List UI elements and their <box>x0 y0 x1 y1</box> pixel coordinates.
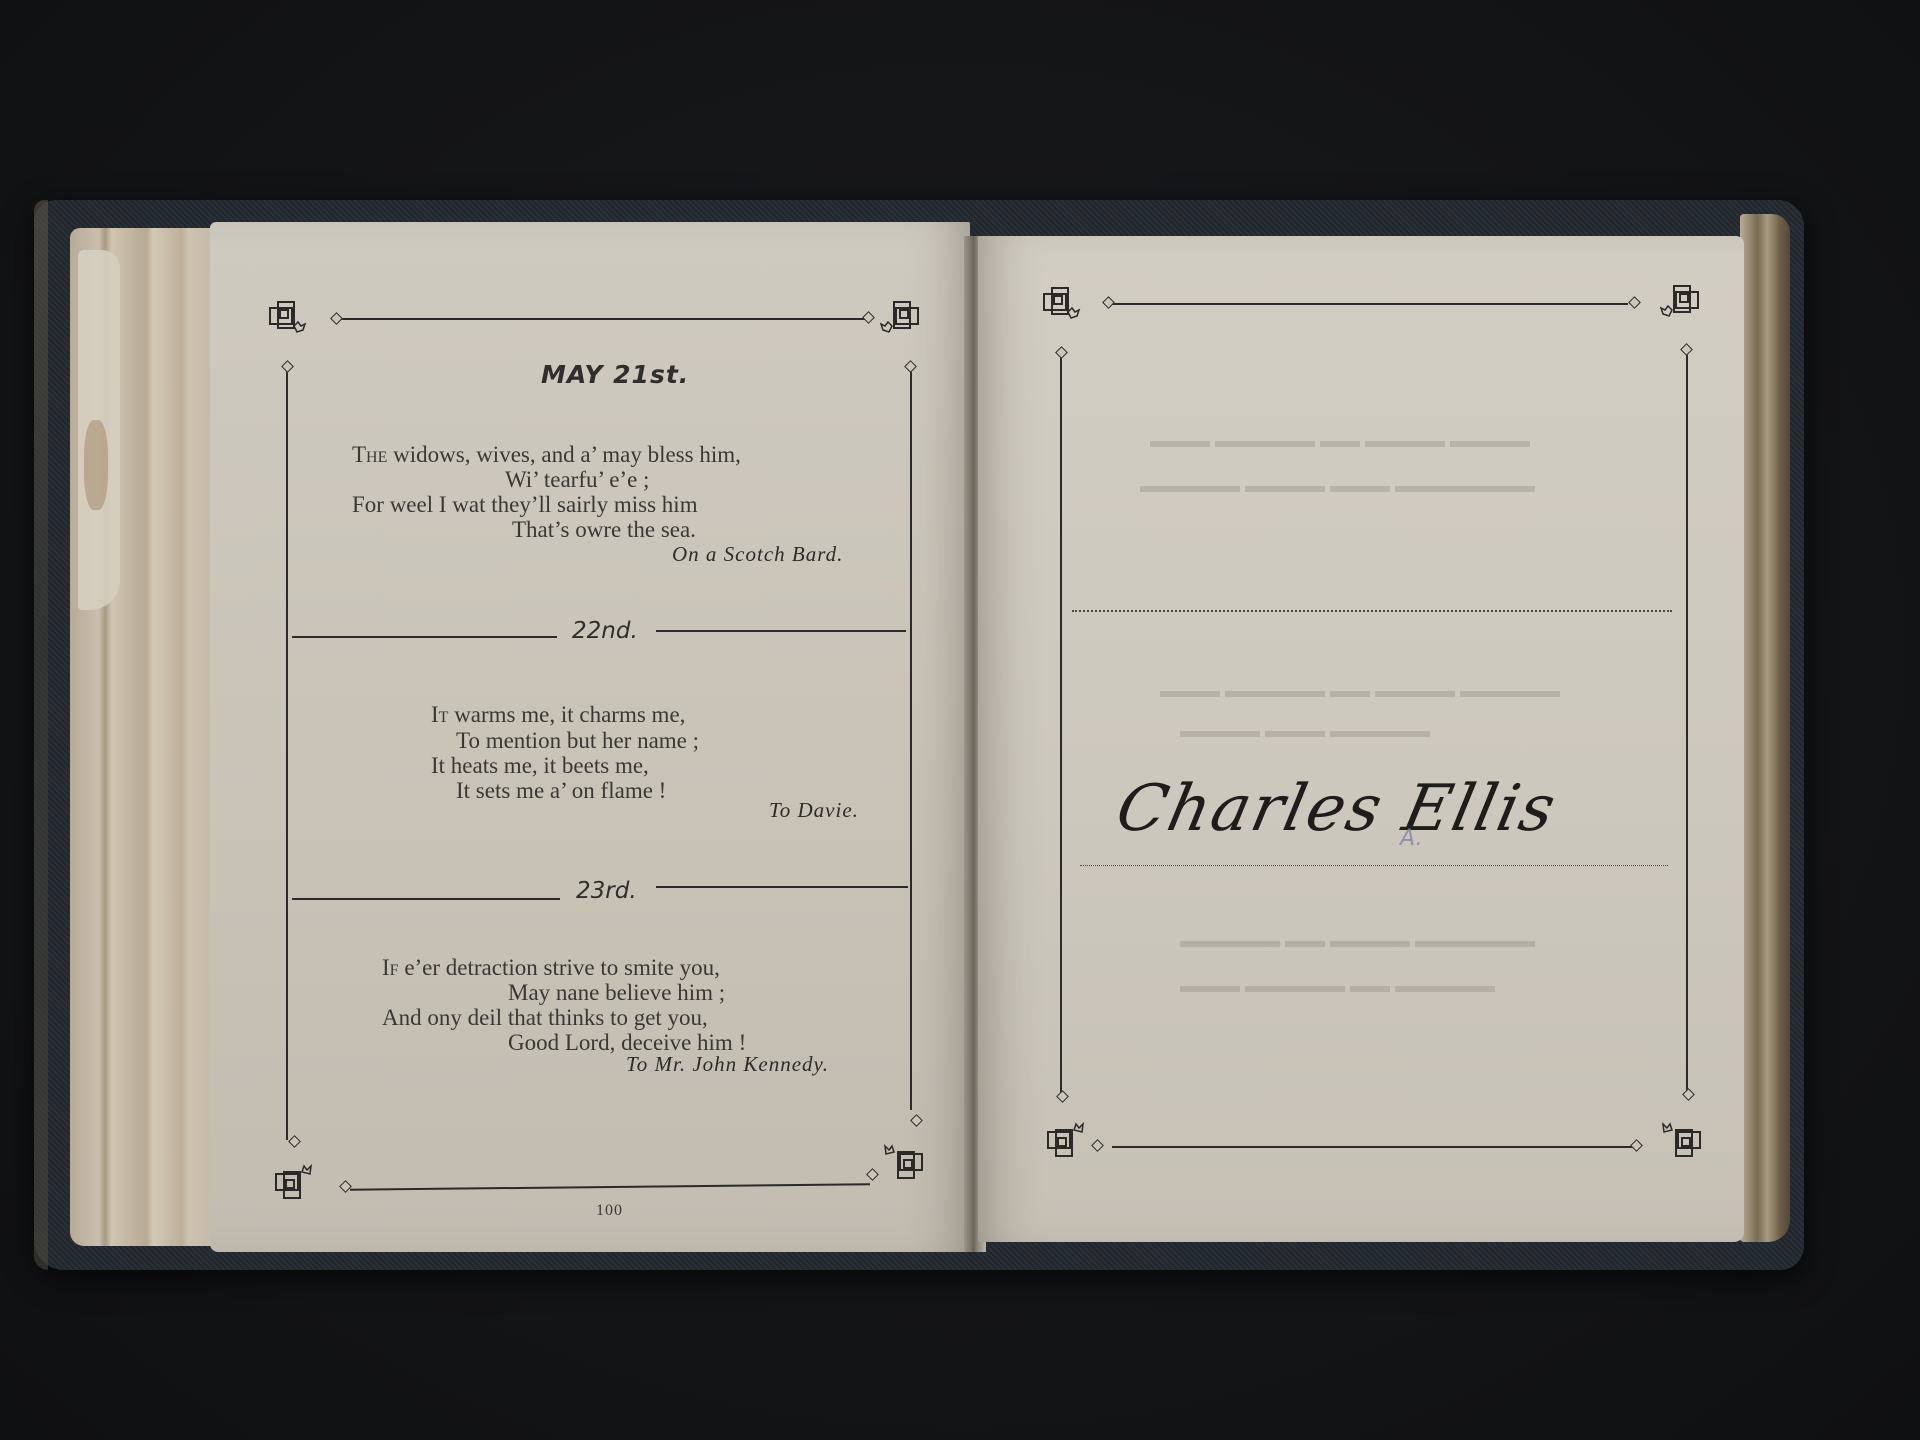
corner-ornament-icon <box>1660 284 1700 324</box>
frame-top-line <box>340 318 865 320</box>
verse-attribution: To Mr. John Kennedy. <box>626 1052 829 1077</box>
verse-line: And ony deil that thinks to get you, <box>382 1005 708 1030</box>
frame-left-line <box>286 370 288 1140</box>
section-divider <box>292 636 557 638</box>
verse-line: The widows, wives, and a’ may bless him, <box>352 442 741 467</box>
show-through-text: ▬▬▬ ▬▬▬▬▬ ▬▬ ▬▬▬▬▬ <box>1180 975 1495 998</box>
corner-ornament-icon <box>1046 1118 1086 1158</box>
verse-attribution: To Davie. <box>769 798 859 823</box>
verse-line: May nane believe him ; <box>508 980 725 1005</box>
frame-left-line <box>1060 355 1062 1095</box>
show-through-text: ▬▬▬ ▬▬▬▬▬ ▬▬ ▬▬▬▬ ▬▬▬▬▬ <box>1160 680 1560 703</box>
dotted-writing-line <box>1080 865 1668 866</box>
corner-ornament-icon <box>1662 1118 1702 1158</box>
corner-ornament-icon <box>1042 286 1082 326</box>
verse-line: It warms me, it charms me, <box>431 702 685 727</box>
frame-right-line <box>1686 350 1688 1090</box>
day-heading: 22nd. <box>572 618 638 644</box>
show-through-text: ▬▬▬ ▬▬▬▬▬ ▬▬ ▬▬▬▬ ▬▬▬▬ <box>1150 430 1530 453</box>
verse-line: For weel I wat they’ll sairly miss him <box>352 492 698 517</box>
verse-attribution: On a Scotch Bard. <box>672 542 843 567</box>
verse-line: That’s owre the sea. <box>512 517 696 542</box>
right-page-stack <box>1740 214 1790 1242</box>
verse-line: To mention but her name ; <box>456 728 699 753</box>
cover-edge-wear <box>34 200 48 1270</box>
corner-ornament-icon <box>880 300 920 340</box>
dotted-writing-line <box>1072 610 1672 612</box>
frame-bottom-line <box>1112 1146 1636 1148</box>
verse-line: It heats me, it beets me, <box>431 753 649 778</box>
show-through-text: ▬▬▬▬▬ ▬▬▬▬ ▬▬▬ ▬▬▬▬▬▬▬ <box>1140 475 1535 498</box>
frame-right-line <box>910 370 912 1110</box>
section-divider <box>292 898 560 900</box>
day-heading: 23rd. <box>576 878 637 904</box>
verse-line: It sets me a’ on flame ! <box>456 778 666 803</box>
section-divider <box>656 630 906 632</box>
page-number: 100 <box>596 1202 623 1220</box>
verse-line: Wi’ tearfu’ e’e ; <box>505 467 649 492</box>
show-through-text: ▬▬▬▬▬ ▬▬ ▬▬▬▬ ▬▬▬▬▬▬ <box>1180 930 1535 953</box>
pencil-initial: A. <box>1400 826 1422 851</box>
verse-line: If e’er detraction strive to smite you, <box>382 955 720 980</box>
section-divider <box>656 886 908 888</box>
date-heading: MAY 21st. <box>541 360 689 389</box>
page-stain <box>84 420 108 510</box>
corner-ornament-icon <box>884 1140 924 1180</box>
corner-ornament-icon <box>268 300 308 340</box>
show-through-text: ▬▬▬▬ ▬▬▬ ▬▬▬▬▬ <box>1180 720 1430 743</box>
frame-top-line <box>1108 303 1628 305</box>
corner-ornament-icon <box>274 1160 314 1200</box>
handwritten-name: Charles Ellis <box>1110 772 1563 846</box>
